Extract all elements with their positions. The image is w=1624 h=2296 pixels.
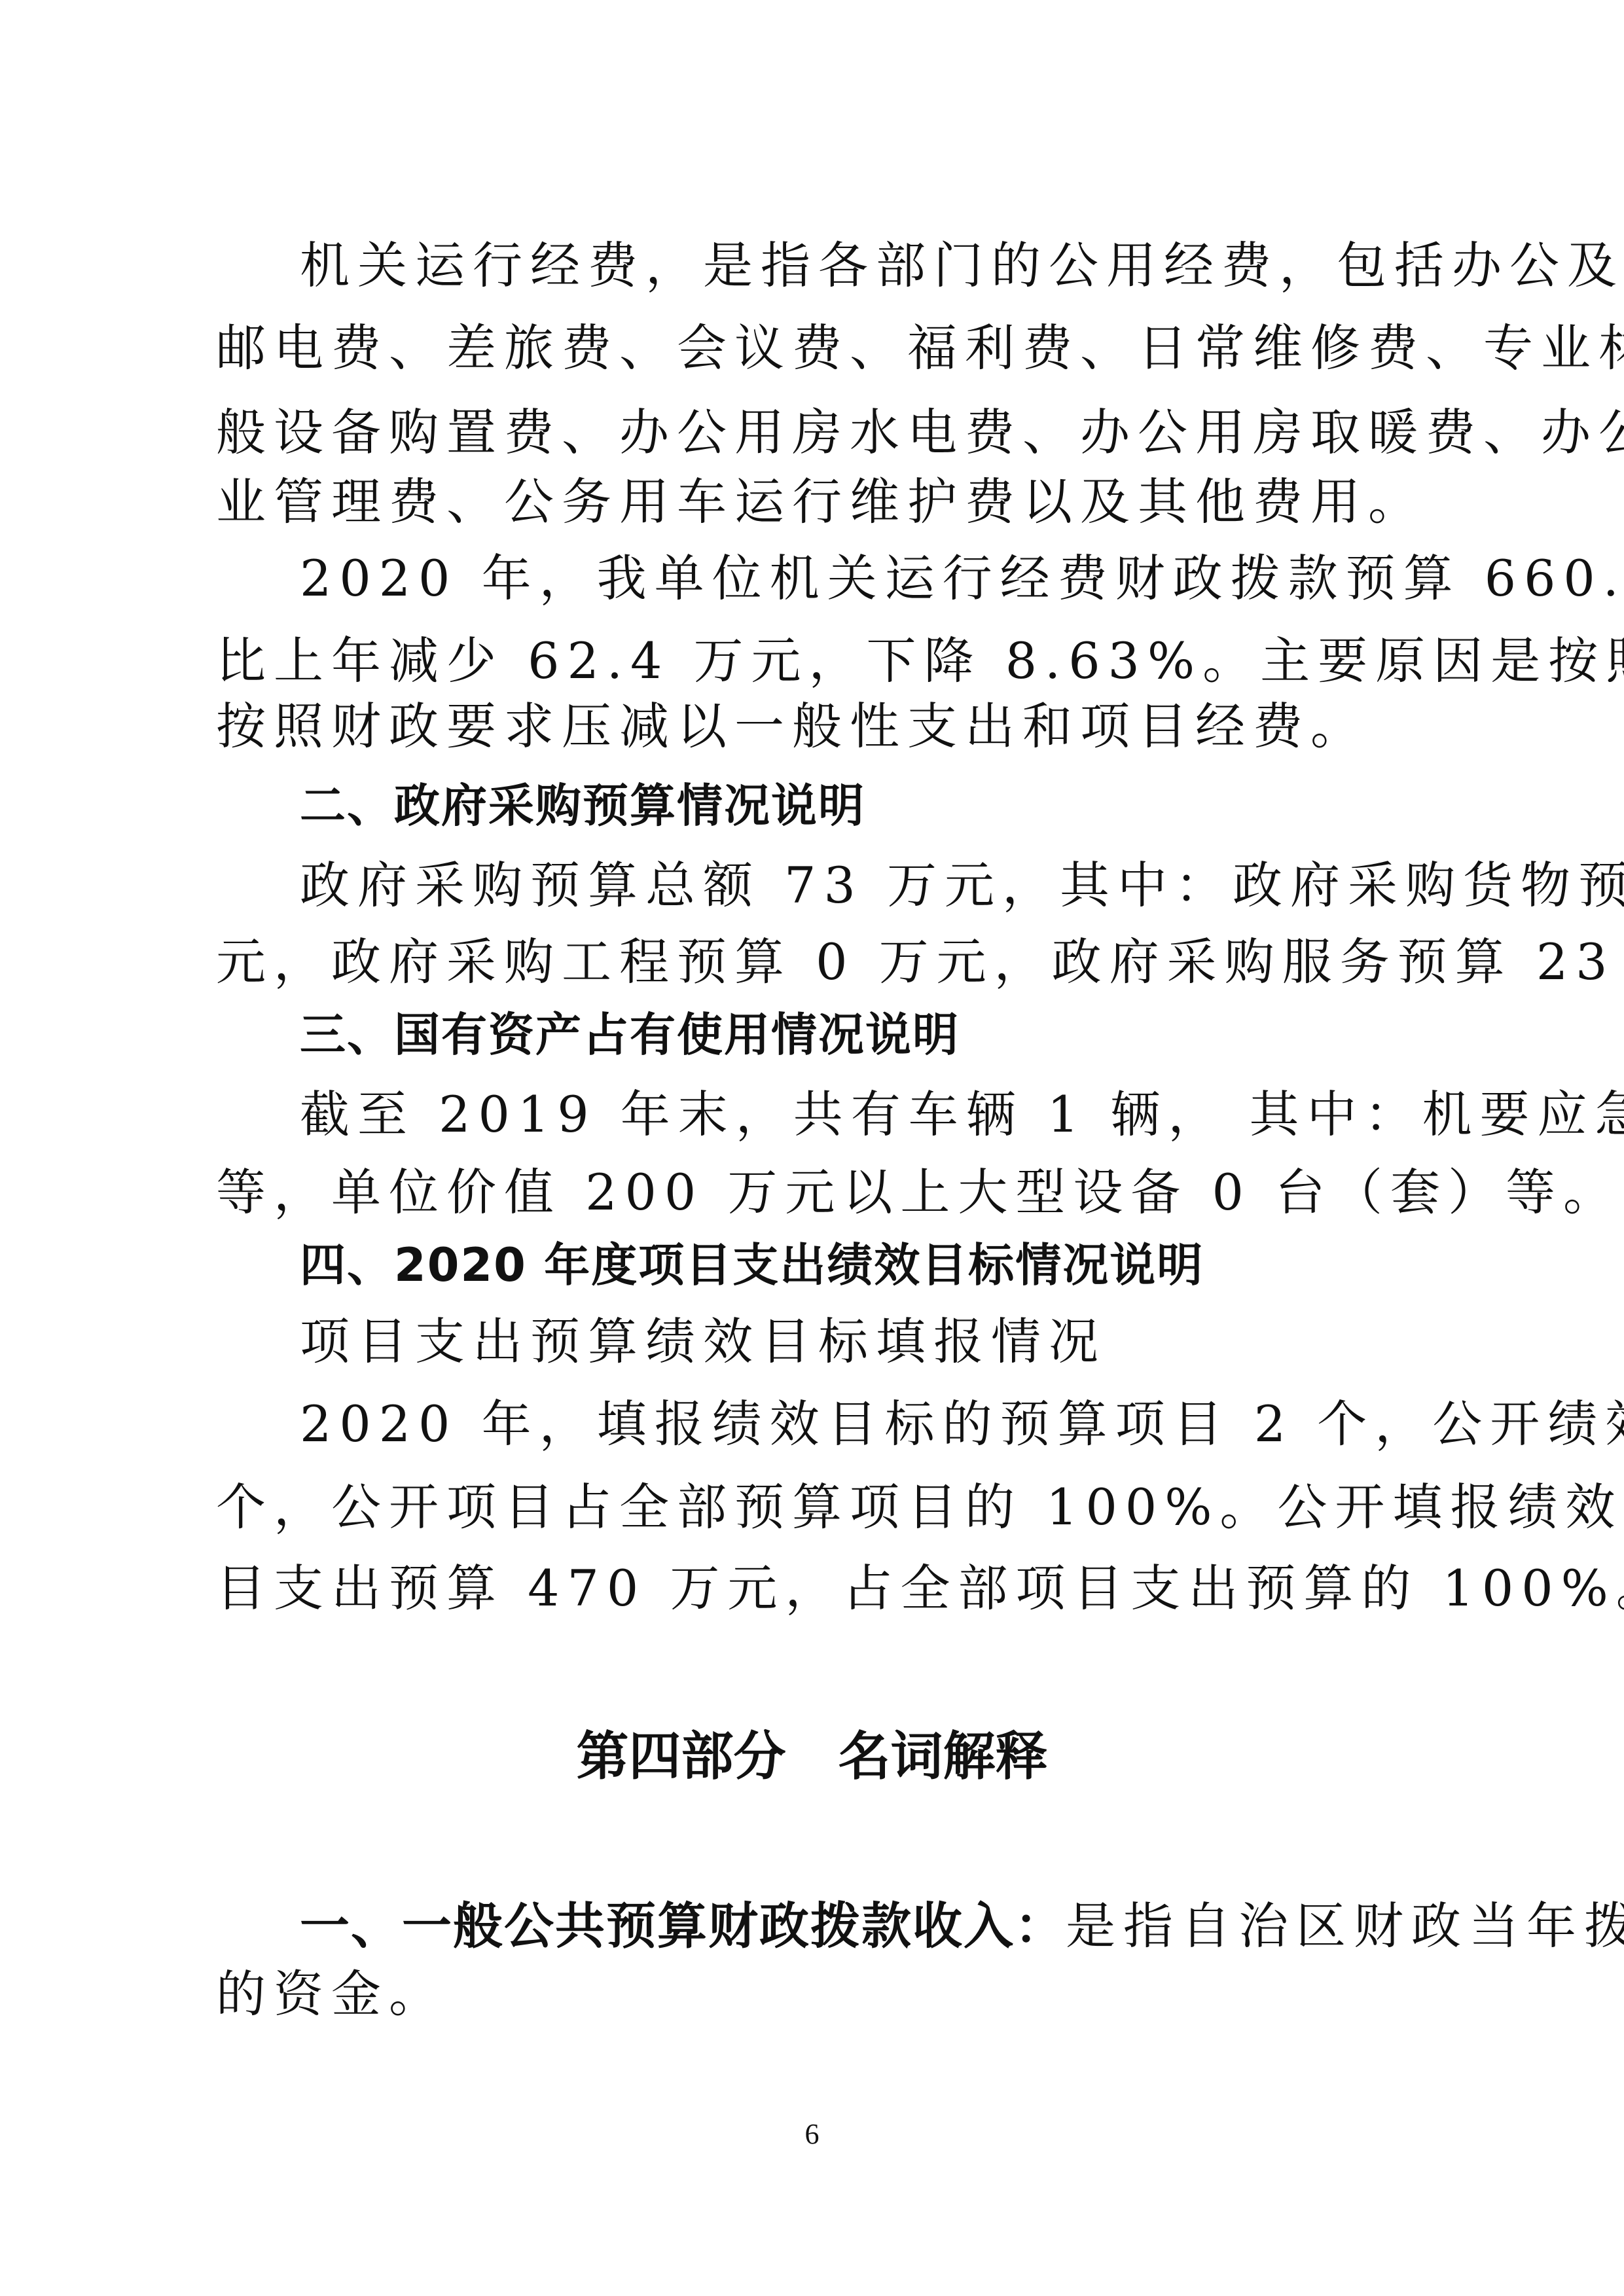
term-definition-line: 一、一般公共预算财政拨款收入：是指自治区财政当年拨付 — [300, 1893, 1504, 1959]
part-title: 第四部分 名词解释 — [0, 1724, 1624, 1789]
section-heading-procurement: 二、政府采购预算情况说明 — [300, 773, 1504, 838]
paragraph-line: 按照财政要求压减以一般性支出和项目经费。 — [216, 694, 1420, 759]
paragraph-line: 业管理费、公务用车运行维护费以及其他费用。 — [216, 469, 1420, 535]
subheading: 项目支出预算绩效目标填报情况 — [300, 1309, 1504, 1374]
paragraph-line: 机关运行经费，是指各部门的公用经费，包括办公及印刷费、 — [300, 233, 1504, 298]
term-label: 一、一般公共预算财政拨款收入： — [300, 1897, 1066, 1955]
paragraph-line: 元，政府采购工程预算 0 万元，政府采购服务预算 23 万元。 — [216, 929, 1420, 995]
paragraph-line: 2020 年，填报绩效目标的预算项目 2 个，公开绩效目标 2 — [300, 1391, 1504, 1457]
paragraph-line: 政府采购预算总额 73 万元，其中：政府采购货物预算 50 万 — [300, 853, 1504, 918]
paragraph-line: 个，公开项目占全部预算项目的 100%。公开填报绩效目标的项 — [216, 1475, 1420, 1540]
paragraph-line: 的资金。 — [216, 1962, 1420, 2027]
paragraph-line: 比上年减少 62.4 万元，下降 8.63%。主要原因是按照财政要求 — [216, 628, 1420, 694]
document-page: 机关运行经费，是指各部门的公用经费，包括办公及印刷费、 邮电费、差旅费、会议费、… — [0, 0, 1624, 2296]
paragraph-line: 等，单位价值 200 万元以上大型设备 0 台（套）等。 — [216, 1160, 1420, 1225]
term-text: 是指自治区财政当年拨付 — [1066, 1897, 1624, 1955]
paragraph-line: 2020 年，我单位机关运行经费财政拨款预算 660.89 万元， — [300, 546, 1504, 611]
section-heading-performance-goals: 四、2020 年度项目支出绩效目标情况说明 — [300, 1232, 1504, 1298]
page-number: 6 — [0, 2117, 1624, 2151]
paragraph-line: 截至 2019 年末，共有车辆 1 辆， 其中：机要应急车辆 1 辆 — [300, 1082, 1504, 1147]
section-heading-state-assets: 三、国有资产占有使用情况说明 — [300, 1002, 1504, 1067]
paragraph-line: 般设备购置费、办公用房水电费、办公用房取暖费、办公用房物 — [216, 400, 1420, 465]
paragraph-line: 目支出预算 470 万元，占全部项目支出预算的 100%。 — [216, 1556, 1420, 1621]
paragraph-line: 邮电费、差旅费、会议费、福利费、日常维修费、专业材料及一 — [216, 315, 1420, 381]
